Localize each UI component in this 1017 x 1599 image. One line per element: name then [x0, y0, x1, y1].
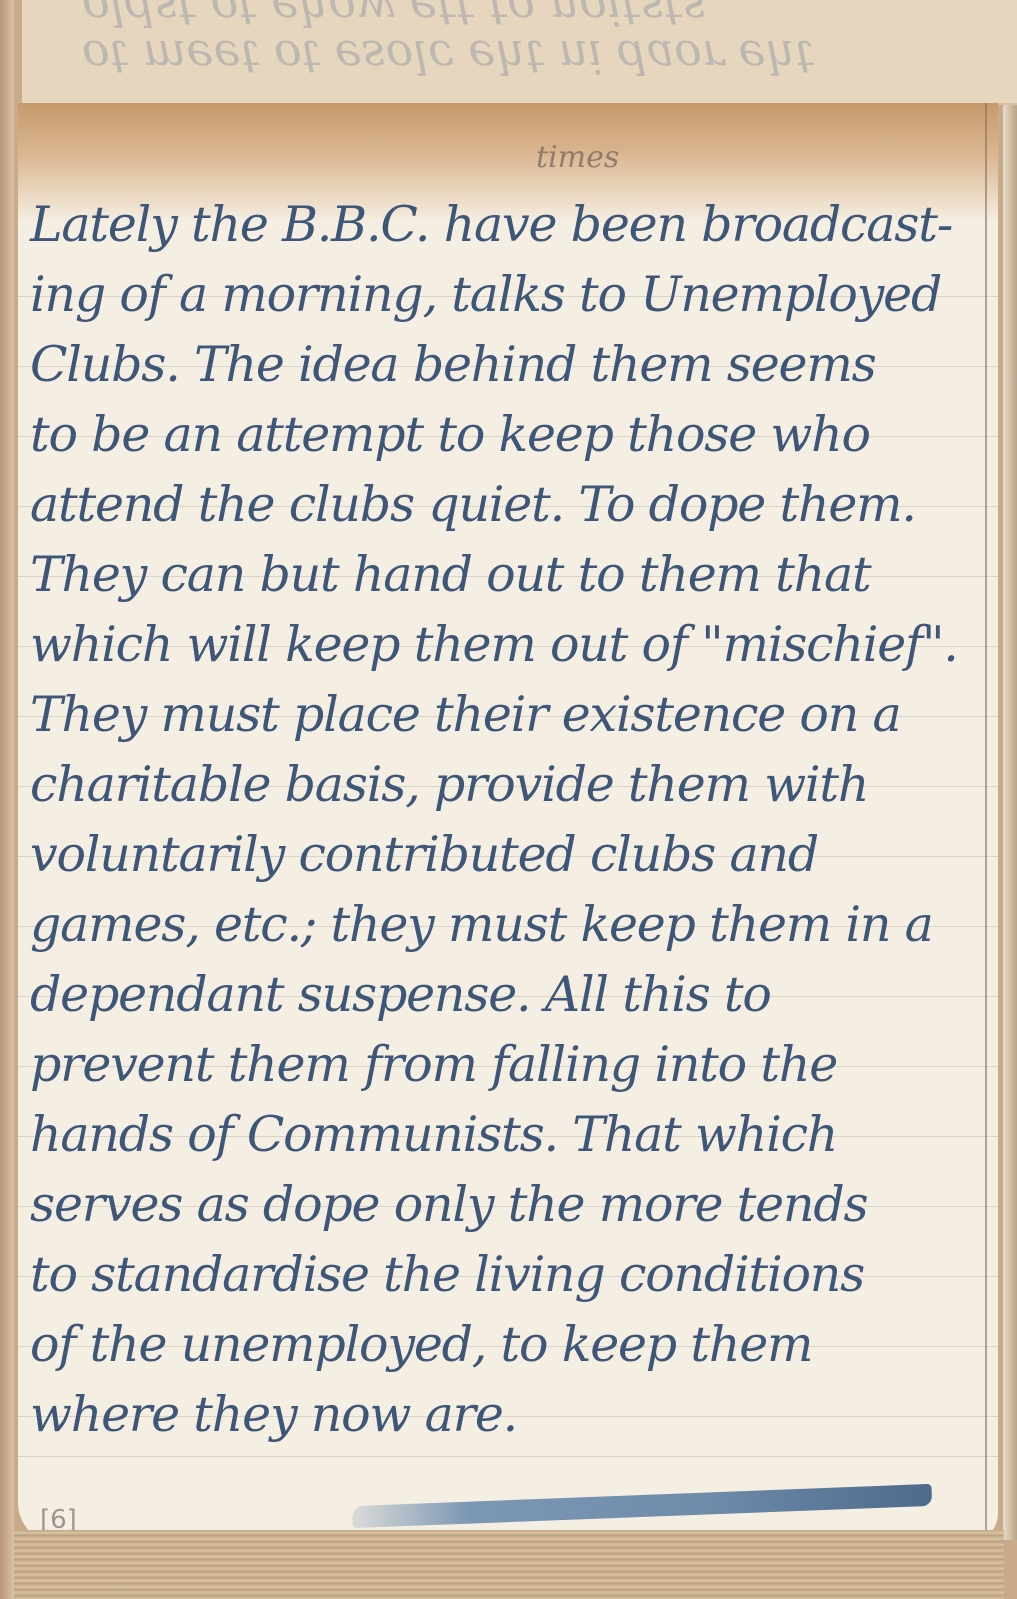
margin-line	[985, 103, 987, 1543]
handwritten-line: ing of a morning, talks to Unemployed	[30, 266, 941, 323]
handwritten-line: Clubs. The idea behind them seems	[30, 336, 876, 393]
handwritten-line: which will keep them out of "mischief".	[30, 616, 958, 673]
ruled-line	[18, 1456, 998, 1457]
handwritten-line: to be an attempt to keep those who	[30, 406, 870, 463]
handwritten-line: to standardise the living conditions	[30, 1246, 864, 1303]
notebook-right-edge	[1003, 100, 1017, 1540]
notebook-left-edge	[0, 0, 14, 1599]
bleed-through-text: ot meet ot esolc eht ni daor eht	[82, 30, 814, 84]
handwritten-line: of the unemployed, to keep them	[30, 1316, 812, 1373]
handwritten-line: voluntarily contributed clubs and	[30, 826, 818, 883]
handwritten-line: They can but hand out to them that	[30, 546, 870, 603]
handwritten-line: charitable basis, provide them with	[30, 756, 868, 813]
handwritten-line: They must place their existence on a	[30, 686, 900, 743]
handwritten-line: games, etc.; they must keep them in a	[30, 896, 933, 953]
header-note: times	[536, 140, 619, 175]
handwritten-line: attend the clubs quiet. To dope them.	[30, 476, 916, 533]
handwritten-line: dependant suspense. All this to	[30, 966, 771, 1023]
previous-page-fold: oldst ot ehow ett to noitsts ot meet ot …	[22, 0, 1017, 105]
handwritten-line: prevent them from falling into the	[30, 1036, 837, 1093]
handwritten-line: serves as dope only the more tends	[30, 1176, 867, 1233]
handwritten-line: where they now are.	[30, 1386, 517, 1443]
handwritten-line: hands of Communists. That which	[30, 1106, 837, 1163]
page-stack-edge	[14, 1530, 1004, 1599]
handwritten-line: Lately the B.B.C. have been broadcast-	[30, 196, 952, 253]
